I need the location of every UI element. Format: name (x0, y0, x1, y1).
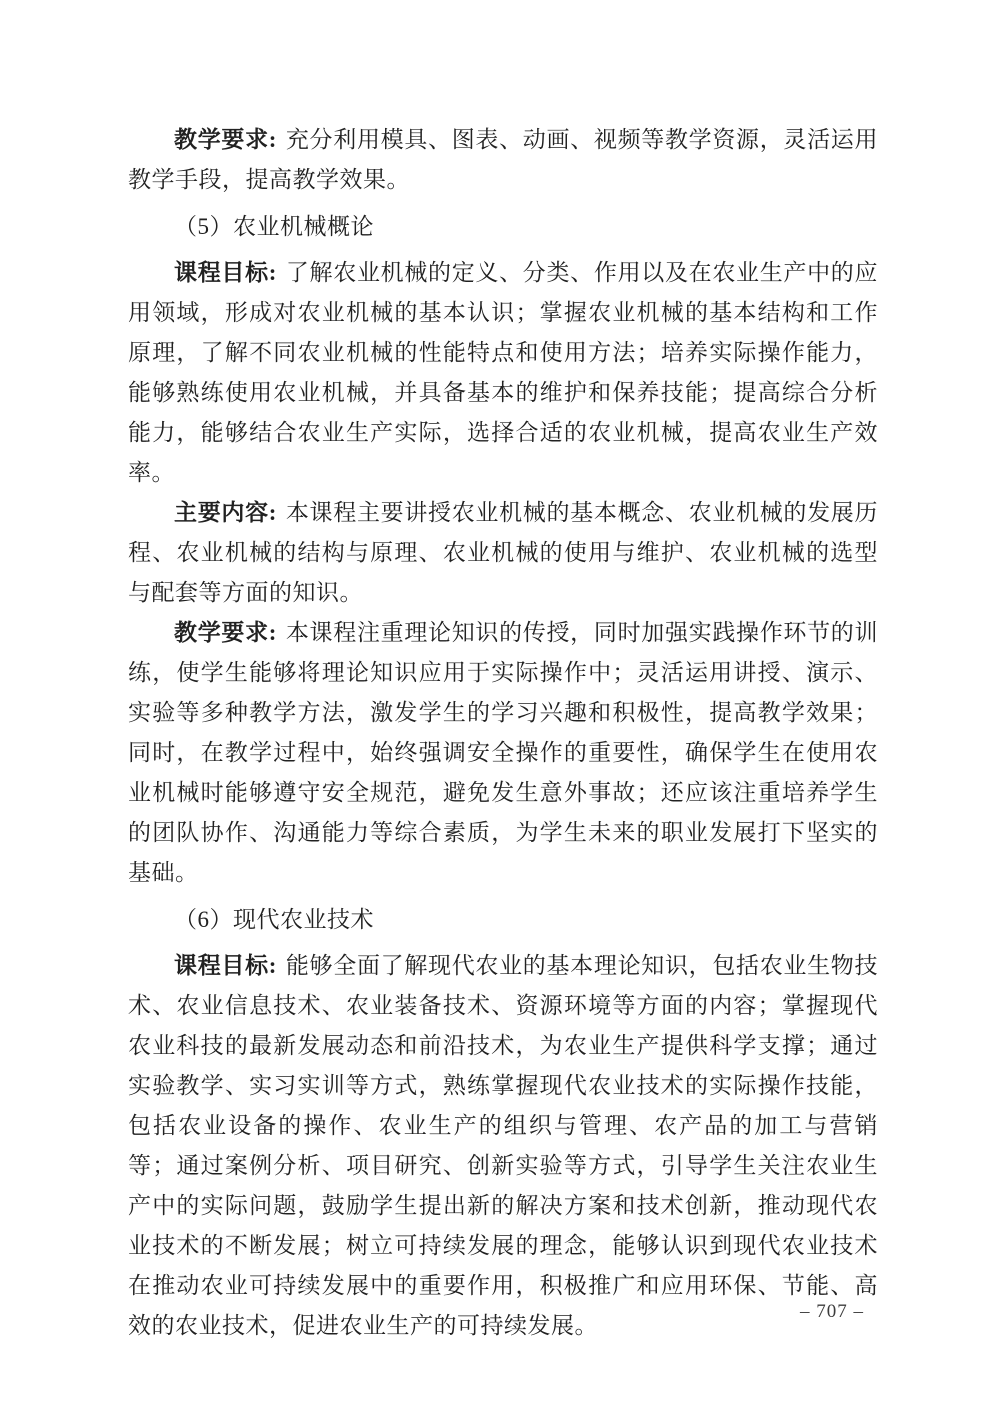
para-course5-main-content: 主要内容:本课程主要讲授农业机械的基本概念、农业机械的发展历程、农业机械的结构与… (128, 493, 878, 613)
document-body: 教学要求:充分利用模具、图表、动画、视频等教学资源，灵活运用教学手段，提高教学效… (128, 120, 878, 1346)
para-course5-objectives: 课程目标:了解农业机械的定义、分类、作用以及在农业生产中的应用领域，形成对农业机… (128, 253, 878, 493)
para-text-course5-objectives: 了解农业机械的定义、分类、作用以及在农业生产中的应用领域，形成对农业机械的基本认… (128, 260, 878, 485)
heading-course-6: （6）现代农业技术 (128, 900, 878, 940)
para-course6-objectives: 课程目标:能够全面了解现代农业的基本理论知识，包括农业生物技术、农业信息技术、农… (128, 946, 878, 1346)
para-course5-teaching-requirements: 教学要求:本课程注重理论知识的传授，同时加强实践操作环节的训练，使学生能够将理论… (128, 613, 878, 893)
para-text-course6-objectives: 能够全面了解现代农业的基本理论知识，包括农业生物技术、农业信息技术、农业装备技术… (128, 953, 878, 1338)
heading-course-5: （5）农业机械概论 (128, 207, 878, 247)
page-footer: – 707 – (800, 1297, 864, 1327)
para-label-course5-teaching-requirements: 教学要求: (174, 620, 277, 645)
para-label-course6-objectives: 课程目标: (174, 953, 277, 978)
document-page: 教学要求:充分利用模具、图表、动画、视频等教学资源，灵活运用教学手段，提高教学效… (0, 0, 1000, 1414)
page-number: – 707 – (800, 1301, 864, 1322)
para-label-course5-main-content: 主要内容: (174, 500, 277, 525)
para-teaching-requirements-intro: 教学要求:充分利用模具、图表、动画、视频等教学资源，灵活运用教学手段，提高教学效… (128, 120, 878, 200)
para-label-teaching-requirements-intro: 教学要求: (174, 127, 277, 152)
para-label-course5-objectives: 课程目标: (174, 260, 277, 285)
para-text-course5-teaching-requirements: 本课程注重理论知识的传授，同时加强实践操作环节的训练，使学生能够将理论知识应用于… (128, 620, 878, 885)
